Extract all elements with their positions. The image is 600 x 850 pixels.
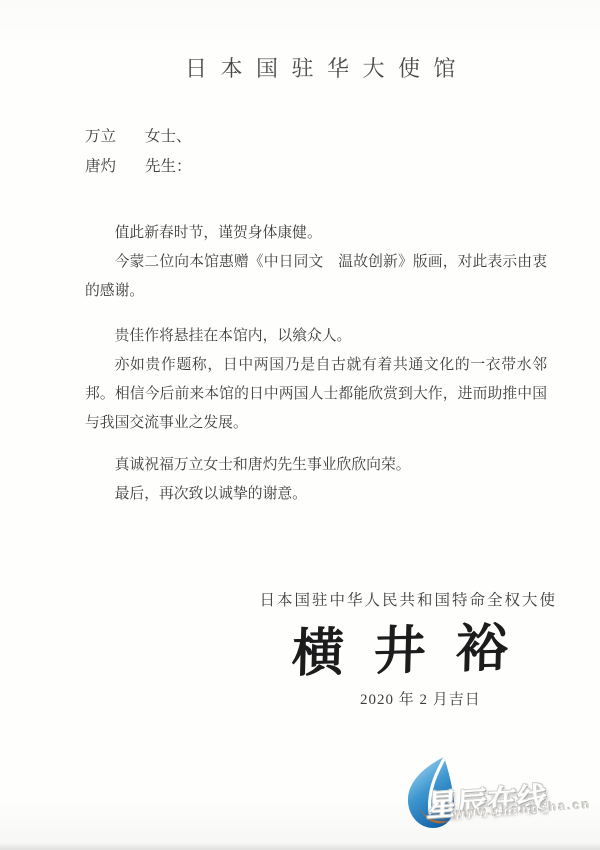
date-line: 2020 年 2 月吉日 [360,688,481,709]
body-paragraph-6: 最后，再次致以诚挚的谢意。 [85,480,547,509]
recipient-row: 唐灼先生： [85,152,192,182]
body-paragraph-2: 今蒙二位向本馆惠赠《中日同文 温故创新》版画，对此表示由衷的感谢。 [85,248,547,306]
body-paragraph-1: 值此新春时节，谨贺身体康健。 [85,219,547,248]
recipient-name: 唐灼 [85,152,145,182]
body-paragraph-4: 亦如贵作题称，日中两国乃是自古就有着共通文化的一衣带水邻邦。相信今后前来本馆的日… [85,351,547,438]
letterhead-title: 日本国驻华大使馆 [185,52,469,83]
recipient-honorific: 先生： [145,158,192,175]
recipient-row: 万立女士、 [85,122,192,152]
recipient-honorific: 女士、 [145,128,192,145]
site-watermark: 星辰在线 www.changsha.cn [403,755,593,840]
recipient-block: 万立女士、 唐灼先生： [85,122,192,182]
body-paragraph-5: 真诚祝福万立女士和唐灼先生事业欣欣向荣。 [85,451,547,480]
scan-edge-shadow [0,843,600,850]
letter-body: 值此新春时节，谨贺身体康健。 今蒙二位向本馆惠赠《中日同文 温故创新》版画，对此… [85,219,547,509]
handwritten-signature: 横井裕 [291,605,539,687]
scanned-letter-page: 日本国驻华大使馆 万立女士、 唐灼先生： 值此新春时节，谨贺身体康健。 今蒙二位… [0,0,600,850]
recipient-name: 万立 [85,122,145,152]
body-paragraph-3: 贵佳作将悬挂在本馆内，以飨众人。 [85,322,547,351]
